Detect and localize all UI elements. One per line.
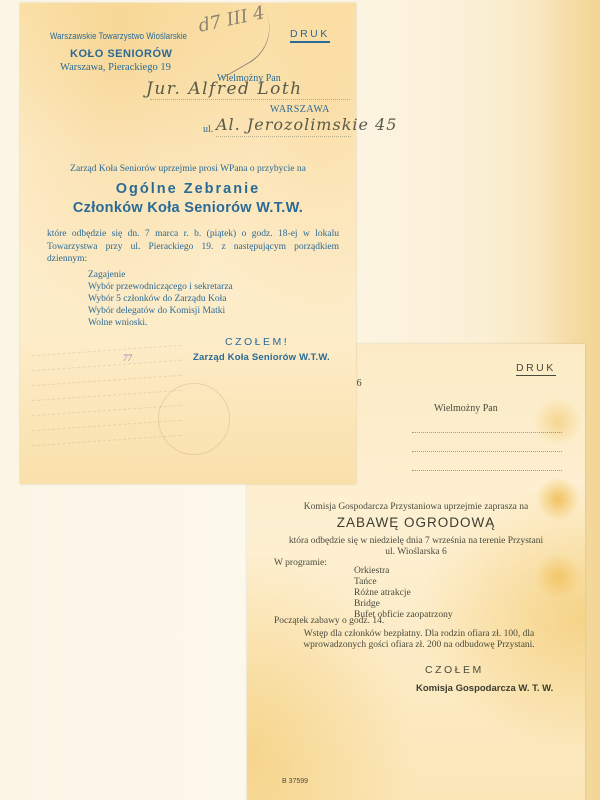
invitation-circle-name: KOŁO SENIORÓW (70, 48, 172, 60)
recipient-street-line (216, 136, 351, 137)
flyer-title: ZABAWĘ OGRODOWĄ (247, 515, 585, 530)
invitation-print-mark: DRUK (290, 28, 330, 43)
invitation-card: Warszawskie Towarzystwo Wioślarskie KOŁO… (20, 3, 356, 484)
program-item: Bridge (354, 599, 453, 610)
faint-stamp-outline (158, 383, 230, 455)
invitation-recipient-street: Al. Jerozolimskie 45 (216, 115, 397, 134)
flyer-start-time: Początek zabawy o godz. 14. (274, 616, 384, 626)
agenda-item: Wybór 5 członków do Zarządu Koła (88, 293, 233, 305)
invitation-org-address: Warszawa, Pierackiego 19 (60, 62, 171, 73)
invitation-body: które odbędzie się dn. 7 marca r. b. (pi… (47, 228, 339, 266)
program-item: Różne atrakcje (354, 588, 453, 599)
flyer-print-code: B 37599 (282, 778, 308, 785)
agenda-item: Wybór delegatów do Komisji Matki (88, 305, 233, 317)
program-item: Orkiestra (354, 566, 453, 577)
invitation-street-prefix: ul. (203, 124, 213, 135)
invitation-intro: Zarząd Koła Seniorów uprzejmie prosi WPa… (20, 164, 356, 174)
flyer-program: Orkiestra Tańce Różne atrakcje Bridge Bu… (354, 566, 453, 621)
invitation-org-name: Warszawskie Towarzystwo Wioślarskie (50, 31, 187, 42)
invitation-recipient-city: WARSZAWA (270, 104, 330, 115)
recipient-name-line (150, 99, 350, 100)
invitation-recipient-name: Jur. Alfred Loth (146, 79, 303, 99)
flyer-when-line1: która odbędzie się w niedzielę dnia 7 wr… (247, 536, 585, 547)
address-line (412, 451, 562, 452)
bleed-through-handwriting (32, 338, 182, 458)
flyer-program-label: W programie: (274, 558, 327, 568)
program-item: Tańce (354, 577, 453, 588)
invitation-title-line2: Członków Koła Seniorów W.T.W. (20, 200, 356, 216)
invitation-salutation: CZOŁEM! (225, 336, 289, 348)
invitation-agenda: Zagajenie Wybór przewodniczącego i sekre… (88, 269, 233, 329)
flyer-when-line2: ul. Wioślarska 6 (247, 547, 585, 558)
agenda-item: Wolne wnioski. (88, 317, 233, 329)
flyer-entry-fees: Wstęp dla członków bezpłatny. Dla rodzin… (274, 629, 564, 651)
flyer-recipient-honorific: Wielmożny Pan (434, 403, 498, 414)
pencil-stroke-mark (198, 0, 284, 78)
agenda-item: Zagajenie (88, 269, 233, 281)
flyer-when: która odbędzie się w niedzielę dnia 7 wr… (247, 536, 585, 558)
address-line (412, 432, 562, 433)
invitation-signature: Zarząd Koła Seniorów W.T.W. (193, 352, 330, 363)
violet-ink-mark: 77 (123, 353, 132, 363)
agenda-item: Wybór przewodniczącego i sekretarza (88, 281, 233, 293)
flyer-signature: Komisja Gospodarcza W. T. W. (416, 683, 553, 694)
flyer-salutation: CZOŁEM (425, 664, 484, 676)
invitation-title-line1: Ogólne Zebranie (20, 181, 356, 197)
flyer-intro: Komisja Gospodarcza Przystaniowa uprzejm… (247, 502, 585, 512)
flyer-print-mark: DRUK (516, 362, 556, 376)
address-line (412, 470, 562, 471)
